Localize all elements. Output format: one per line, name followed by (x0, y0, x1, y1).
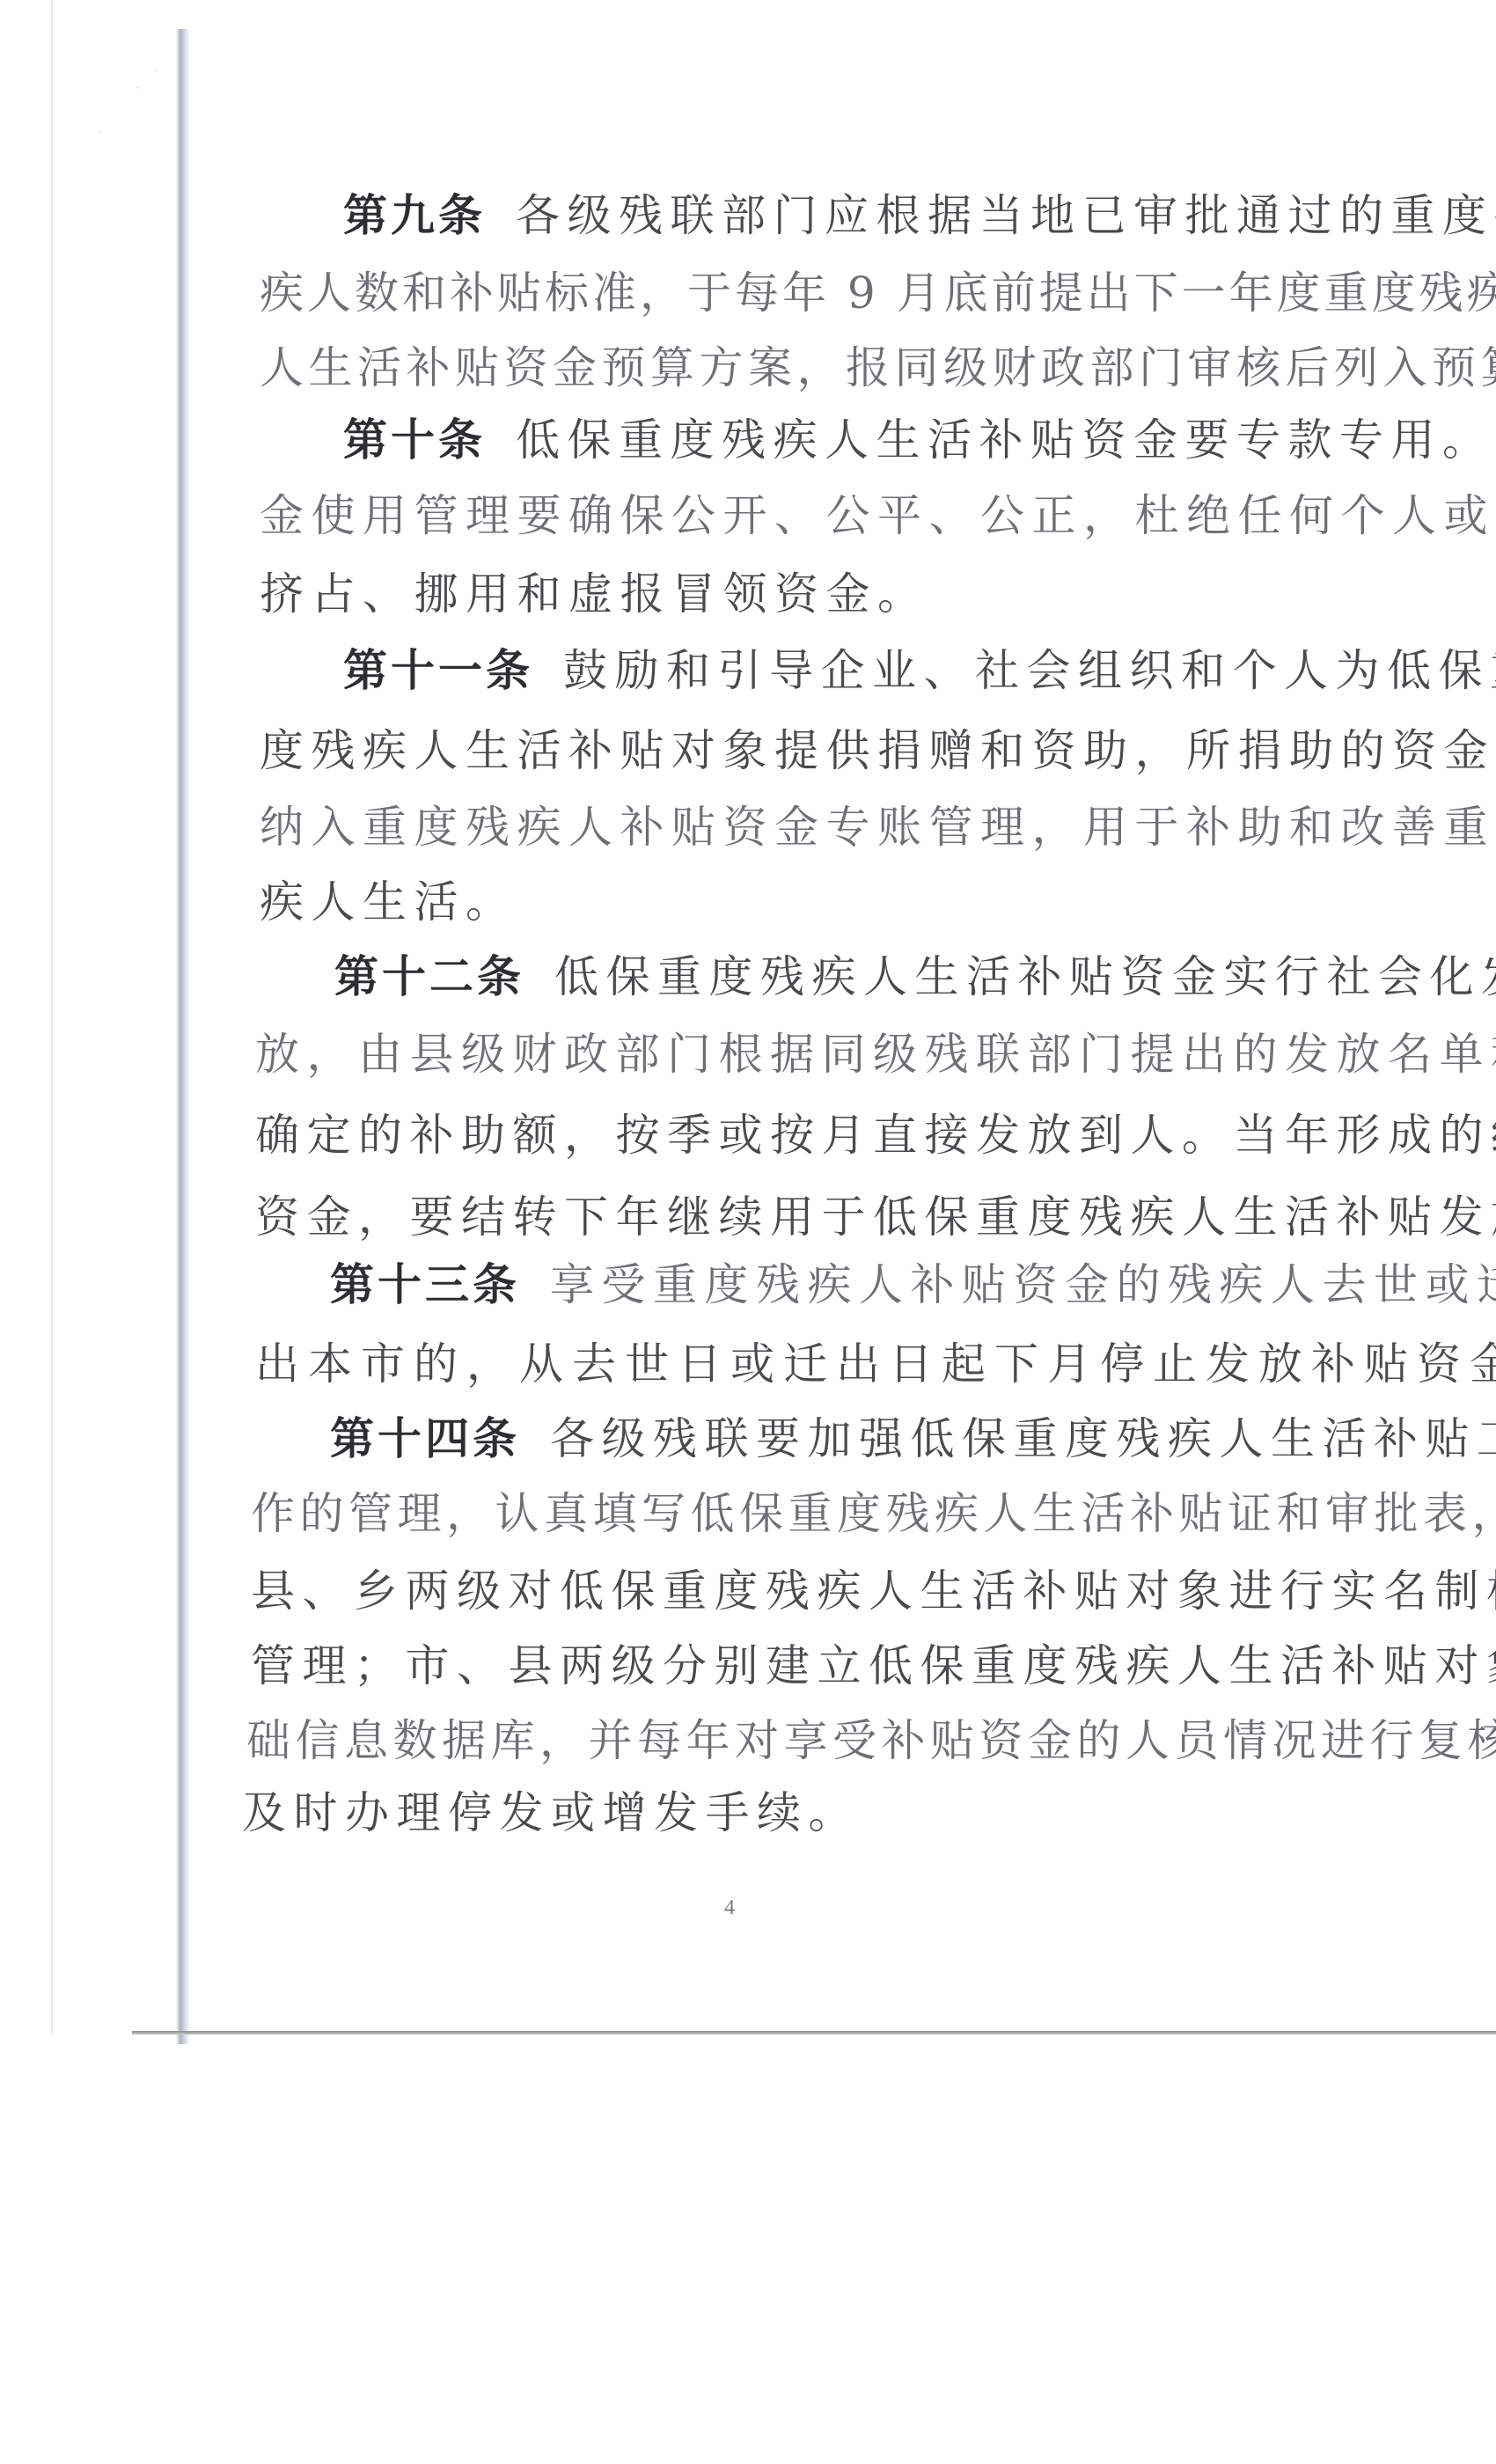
article-label: 第十条 (343, 414, 486, 466)
article-9-line-3: 人生活补贴资金预算方案，报同级财政部门审核后列入预算。 (260, 341, 1496, 394)
article-11-line-2: 度残疾人生活补贴对象提供捐赠和资助，所捐助的资金全部 (260, 724, 1496, 777)
article-14-line-3: 县、乡两级对低保重度残疾人生活补贴对象进行实名制档案 (251, 1565, 1496, 1617)
article-14-line-4: 管理；市、县两级分别建立低保重度残疾人生活补贴对象基 (251, 1639, 1496, 1692)
article-12-line-1: 第十二条低保重度残疾人生活补贴资金实行社会化发 (334, 950, 1496, 1003)
scan-speck: ˎ (154, 62, 157, 71)
article-label: 第十二条 (334, 950, 524, 1002)
article-14-line-5: 础信息数据库，并每年对享受补贴资金的人员情况进行复核， (246, 1714, 1496, 1767)
article-14-line-6: 及时办理停发或增发手续。 (242, 1786, 860, 1839)
article-12-line-3: 确定的补助额，按季或按月直接发放到人。当年形成的结余 (255, 1109, 1496, 1162)
article-label: 第九条 (343, 189, 486, 241)
article-10-line-1: 第十条低保重度残疾人生活补贴资金要专款专用。资 (343, 414, 1496, 466)
scan-speck: ˎ (99, 123, 101, 133)
page-bottom-edge (132, 2031, 1496, 2035)
article-10-line-3: 挤占、挪用和虚报冒领资金。 (260, 568, 929, 620)
article-12-line-4: 资金，要结转下年继续用于低保重度残疾人生活补贴发放。 (255, 1191, 1496, 1243)
article-11-line-3: 纳入重度残疾人补贴资金专账管理，用于补助和改善重度残 (260, 801, 1496, 854)
article-9-line-2: 疾人数和补贴标准，于每年 9 月底前提出下一年度重度残疾 (260, 267, 1496, 319)
article-11-line-1: 第十一条鼓励和引导企业、社会组织和个人为低保重 (343, 644, 1496, 697)
page-number: 4 (724, 1896, 735, 1920)
article-14-line-1: 第十四条各级残联要加强低保重度残疾人生活补贴工 (330, 1412, 1496, 1465)
article-label: 第十三条 (330, 1258, 520, 1310)
article-label: 第十四条 (330, 1412, 520, 1464)
article-10-line-2: 金使用管理要确保公开、公平、公正，杜绝任何个人或部门 (260, 489, 1496, 542)
binding-shadow (176, 29, 190, 2044)
article-14-line-2: 作的管理，认真填写低保重度残疾人生活补贴证和审批表， (251, 1487, 1496, 1540)
article-13-line-2: 出本市的，从去世日或迁出日起下月停止发放补贴资金。 (255, 1338, 1496, 1390)
article-13-line-1: 第十三条享受重度残疾人补贴资金的残疾人去世或迁 (330, 1258, 1496, 1311)
article-9-line-1: 第九条各级残联部门应根据当地已审批通过的重度残 (343, 189, 1496, 242)
page-left-edge (51, 0, 53, 2033)
article-12-line-2: 放，由县级财政部门根据同级残联部门提出的发放名单和已 (255, 1028, 1496, 1081)
scan-speck: ˏ (136, 79, 139, 89)
article-11-line-4: 疾人生活。 (260, 876, 517, 928)
article-label: 第十一条 (343, 644, 533, 696)
